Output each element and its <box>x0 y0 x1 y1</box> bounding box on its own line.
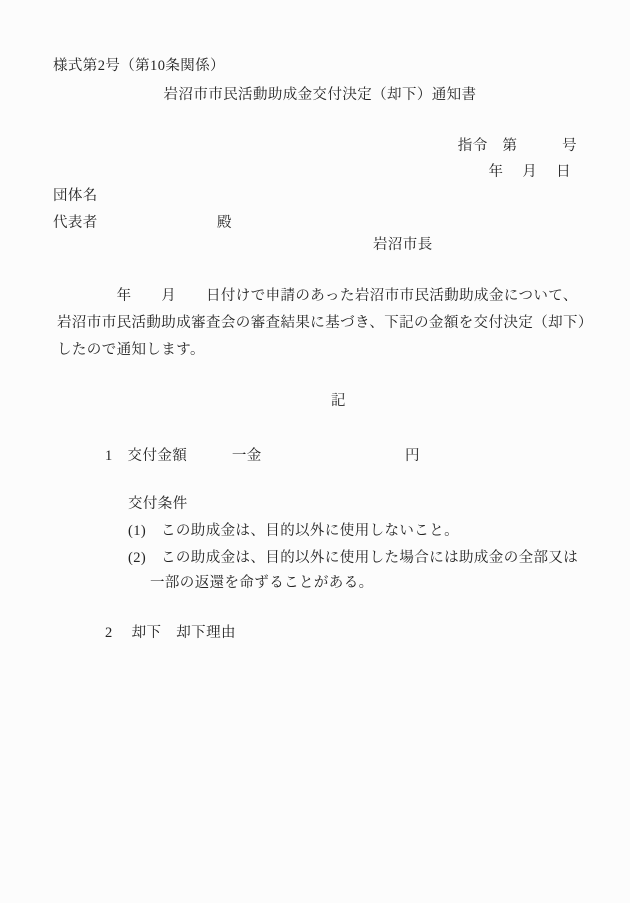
body-paragraph-line-3: したので通知します。 <box>57 342 205 359</box>
condition-item-2-line-2: 一部の返還を命ずることがある。 <box>150 575 374 592</box>
notice-marker-ki: 記 <box>331 393 346 410</box>
rejection-reason-line: 2 却下 却下理由 <box>105 625 236 642</box>
body-paragraph-line-2: 岩沼市市民活動助成審査会の審査結果に基づき、下記の金額を交付決定（却下） <box>57 315 593 332</box>
directive-number-line: 指令 第 号 <box>458 138 577 155</box>
representative-label: 代表者 <box>53 215 98 232</box>
date-line: 年 月 日 <box>488 164 571 181</box>
document-page: 様式第2号（第10条関係） 岩沼市市民活動助成金交付決定（却下）通知書 指令 第… <box>0 0 630 903</box>
organization-name-label: 団体名 <box>53 188 98 205</box>
condition-item-1: (1) この助成金は、目的以外に使用しないこと。 <box>128 523 459 540</box>
body-paragraph-line-1: 年 月 日付けで申請のあった岩沼市市民活動助成金について、 <box>57 288 578 305</box>
yen-unit-label: 円 <box>405 448 420 465</box>
conditions-heading: 交付条件 <box>128 496 188 513</box>
condition-item-2-line-1: (2) この助成金は、目的以外に使用した場合には助成金の全部又は <box>128 550 578 567</box>
sender-mayor-name: 岩沼市長 <box>373 237 433 254</box>
form-number: 様式第2号（第10条関係） <box>53 58 225 75</box>
grant-amount-line: 1 交付金額 一金 <box>105 448 262 465</box>
document-title: 岩沼市市民活動助成金交付決定（却下）通知書 <box>0 87 630 104</box>
honorific-label: 殿 <box>217 215 232 232</box>
